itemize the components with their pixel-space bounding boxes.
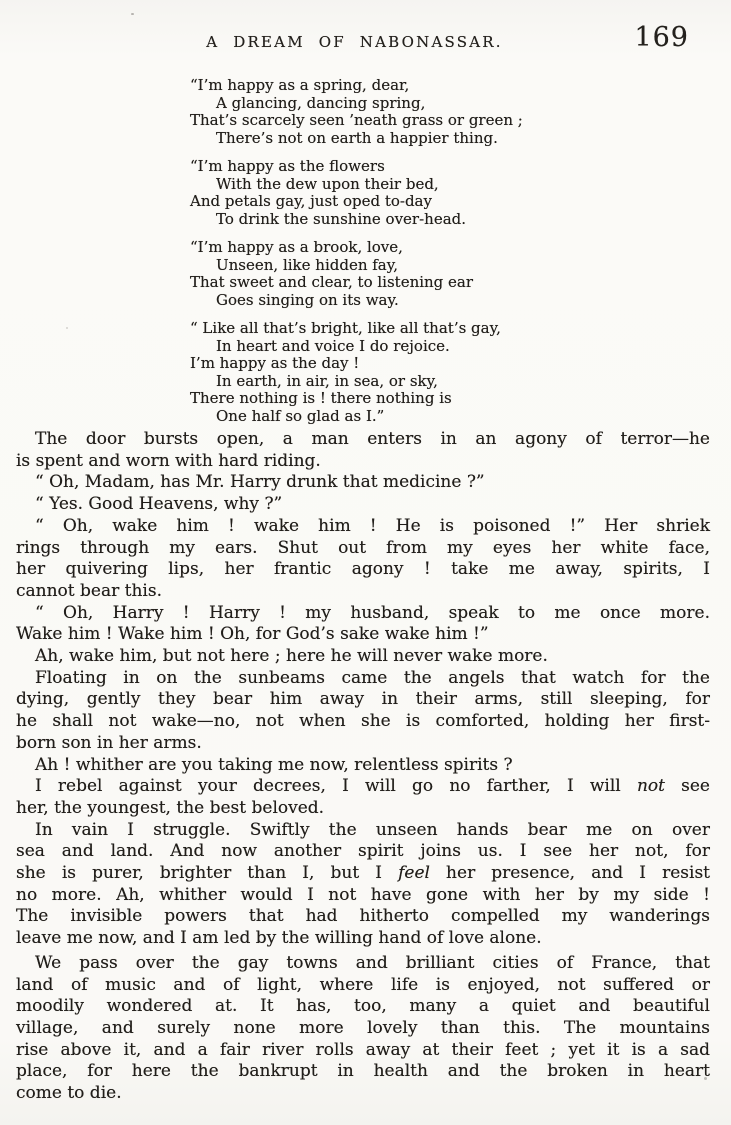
poem-line: Unseen, like hidden fay, [190,257,523,275]
poem-line: To drink the sunshine over-head. [190,211,523,229]
prose-line: Floating in on the sunbeams came the ang… [16,668,710,690]
italic-text: not [637,776,665,796]
text-segment: her presence, and I resist [430,863,710,883]
prose-line: “ Oh, wake him ! wake him ! He is poison… [16,516,710,538]
prose-line: come to die. [16,1083,710,1105]
prose-body: The door bursts open, a man enters in an… [16,429,710,1105]
paragraph: Ah ! whither are you taking me now, rele… [16,755,710,777]
paragraph: Ah, wake him, but not here ; here he wil… [16,646,710,668]
stanza: “ Like all that’s bright, like all that’… [190,320,523,425]
prose-line: sea and land. And now another spirit joi… [16,841,710,863]
paragraph: “ Yes. Good Heavens, why ?” [16,494,710,516]
prose-line: Ah, wake him, but not here ; here he wil… [16,646,710,668]
poem-line: There’s not on earth a happier thing. [190,130,523,148]
prose-line: leave me now, and I am led by the willin… [16,928,710,950]
prose-line: Ah ! whither are you taking me now, rele… [16,755,710,777]
stanza: “I’m happy as a brook, love,Unseen, like… [190,239,523,309]
poem: “I’m happy as a spring, dear,A glancing,… [190,77,523,425]
paragraph: In vain I struggle. Swiftly the unseen h… [16,820,710,950]
poem-line: I’m happy as the day ! [190,355,523,373]
poem-line: A glancing, dancing spring, [190,95,523,113]
paragraph: I rebel against your decrees, I will go … [16,776,710,819]
page-number: 169 [634,22,689,53]
poem-line: One half so glad as I.” [190,408,523,426]
prose-line: dying, gently they bear him away in thei… [16,689,710,711]
paragraph: “ Oh, Madam, has Mr. Harry drunk that me… [16,472,710,494]
prose-line: moodily wondered at. It has, too, many a… [16,996,710,1018]
poem-line: “I’m happy as a brook, love, [190,239,523,257]
poem-line: With the dew upon their bed, [190,176,523,194]
poem-line: That’s scarcely seen ’neath grass or gre… [190,112,523,130]
prose-line: The door bursts open, a man enters in an… [16,429,710,451]
prose-line: no more. Ah, whither would I not have go… [16,885,710,907]
poem-line: “I’m happy as a spring, dear, [190,77,523,95]
poem-line: There nothing is ! there nothing is [190,390,523,408]
poem-line: Goes singing on its way. [190,292,523,310]
prose-line: “ Yes. Good Heavens, why ?” [16,494,710,516]
running-header: A DREAM OF NABONASSAR. [0,33,709,51]
prose-line: In vain I struggle. Swiftly the unseen h… [16,820,710,842]
scan-speck [66,327,68,329]
poem-line: “ Like all that’s bright, like all that’… [190,320,523,338]
poem-line: “I’m happy as the flowers [190,158,523,176]
prose-line: Wake him ! Wake him ! Oh, for God’s sake… [16,624,710,646]
stanza: “I’m happy as a spring, dear,A glancing,… [190,77,523,147]
header-title: A DREAM OF NABONASSAR. [206,33,502,51]
prose-line: place, for here the bankrupt in health a… [16,1061,710,1083]
prose-line: born son in her arms. [16,733,710,755]
italic-text: feel [398,863,430,883]
prose-line: is spent and worn with hard riding. [16,451,710,473]
poem-line: And petals gay, just oped to-day [190,193,523,211]
prose-line: rings through my ears. Shut out from my … [16,538,710,560]
prose-line: her quivering lips, her frantic agony ! … [16,559,710,581]
prose-line: I rebel against your decrees, I will go … [16,776,710,798]
book-page: A DREAM OF NABONASSAR. 169 “I’m happy as… [0,0,731,1125]
paragraph: Floating in on the sunbeams came the ang… [16,668,710,755]
prose-line: We pass over the gay towns and brilliant… [16,953,710,975]
paragraph: “ Oh, Harry ! Harry ! my husband, speak … [16,603,710,646]
text-segment: see [665,776,710,796]
scan-speck [131,13,134,15]
prose-line: rise above it, and a fair river rolls aw… [16,1040,710,1062]
text-segment: she is purer, brighter than I, but I [16,863,398,883]
poem-line: That sweet and clear, to listening ear [190,274,523,292]
prose-line: her, the youngest, the best beloved. [16,798,710,820]
text-segment: I rebel against your decrees, I will go … [35,776,637,796]
prose-line: The invisible powers that had hitherto c… [16,906,710,928]
paragraph: We pass over the gay towns and brilliant… [16,953,710,1105]
prose-line: he shall not wake—no, not when she is co… [16,711,710,733]
prose-line: “ Oh, Harry ! Harry ! my husband, speak … [16,603,710,625]
prose-line: village, and surely none more lovely tha… [16,1018,710,1040]
stanza: “I’m happy as the flowersWith the dew up… [190,158,523,228]
prose-line: she is purer, brighter than I, but I fee… [16,863,710,885]
poem-line: In heart and voice I do rejoice. [190,338,523,356]
poem-line: In earth, in air, in sea, or sky, [190,373,523,391]
paragraph: The door bursts open, a man enters in an… [16,429,710,472]
prose-line: land of music and of light, where life i… [16,975,710,997]
prose-line: “ Oh, Madam, has Mr. Harry drunk that me… [16,472,710,494]
paragraph: “ Oh, wake him ! wake him ! He is poison… [16,516,710,603]
prose-line: cannot bear this. [16,581,710,603]
